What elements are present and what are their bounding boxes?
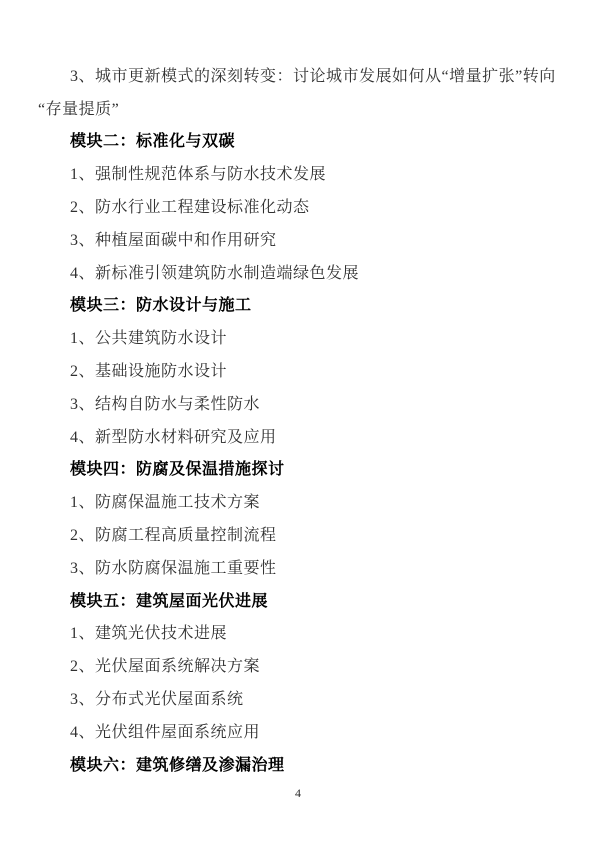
paragraph-line: “存量提质” — [38, 91, 560, 124]
module-item: 3、分布式光伏屋面系统 — [38, 681, 560, 714]
module-item: 1、公共建筑防水设计 — [38, 320, 560, 353]
module-item: 1、防腐保温施工技术方案 — [38, 484, 560, 517]
module-item: 3、防水防腐保温施工重要性 — [38, 550, 560, 583]
module-heading: 模块五：建筑屋面光伏进展 — [38, 583, 560, 616]
module-item: 4、新标准引领建筑防水制造端绿色发展 — [38, 255, 560, 288]
module-heading: 模块二：标准化与双碳 — [38, 124, 560, 157]
module-item: 3、结构自防水与柔性防水 — [38, 386, 560, 419]
module-item: 4、光伏组件屋面系统应用 — [38, 714, 560, 747]
paragraph-line: 3、城市更新模式的深刻转变：讨论城市发展如何从“增量扩张”转向 — [38, 58, 560, 91]
module-item: 3、种植屋面碳中和作用研究 — [38, 222, 560, 255]
document-content: 3、城市更新模式的深刻转变：讨论城市发展如何从“增量扩张”转向 “存量提质” 模… — [38, 58, 560, 780]
module-item: 1、强制性规范体系与防水技术发展 — [38, 156, 560, 189]
module-item: 1、建筑光伏技术进展 — [38, 616, 560, 649]
module-item: 2、光伏屋面系统解决方案 — [38, 648, 560, 681]
page-number: 4 — [0, 786, 596, 801]
document-page: 3、城市更新模式的深刻转变：讨论城市发展如何从“增量扩张”转向 “存量提质” 模… — [0, 0, 596, 844]
module-item: 2、基础设施防水设计 — [38, 353, 560, 386]
module-item: 2、防水行业工程建设标准化动态 — [38, 189, 560, 222]
module-item: 4、新型防水材料研究及应用 — [38, 419, 560, 452]
module-heading: 模块六：建筑修缮及渗漏治理 — [38, 747, 560, 780]
module-heading: 模块三：防水设计与施工 — [38, 288, 560, 321]
module-item: 2、防腐工程高质量控制流程 — [38, 517, 560, 550]
module-heading: 模块四：防腐及保温措施探讨 — [38, 452, 560, 485]
